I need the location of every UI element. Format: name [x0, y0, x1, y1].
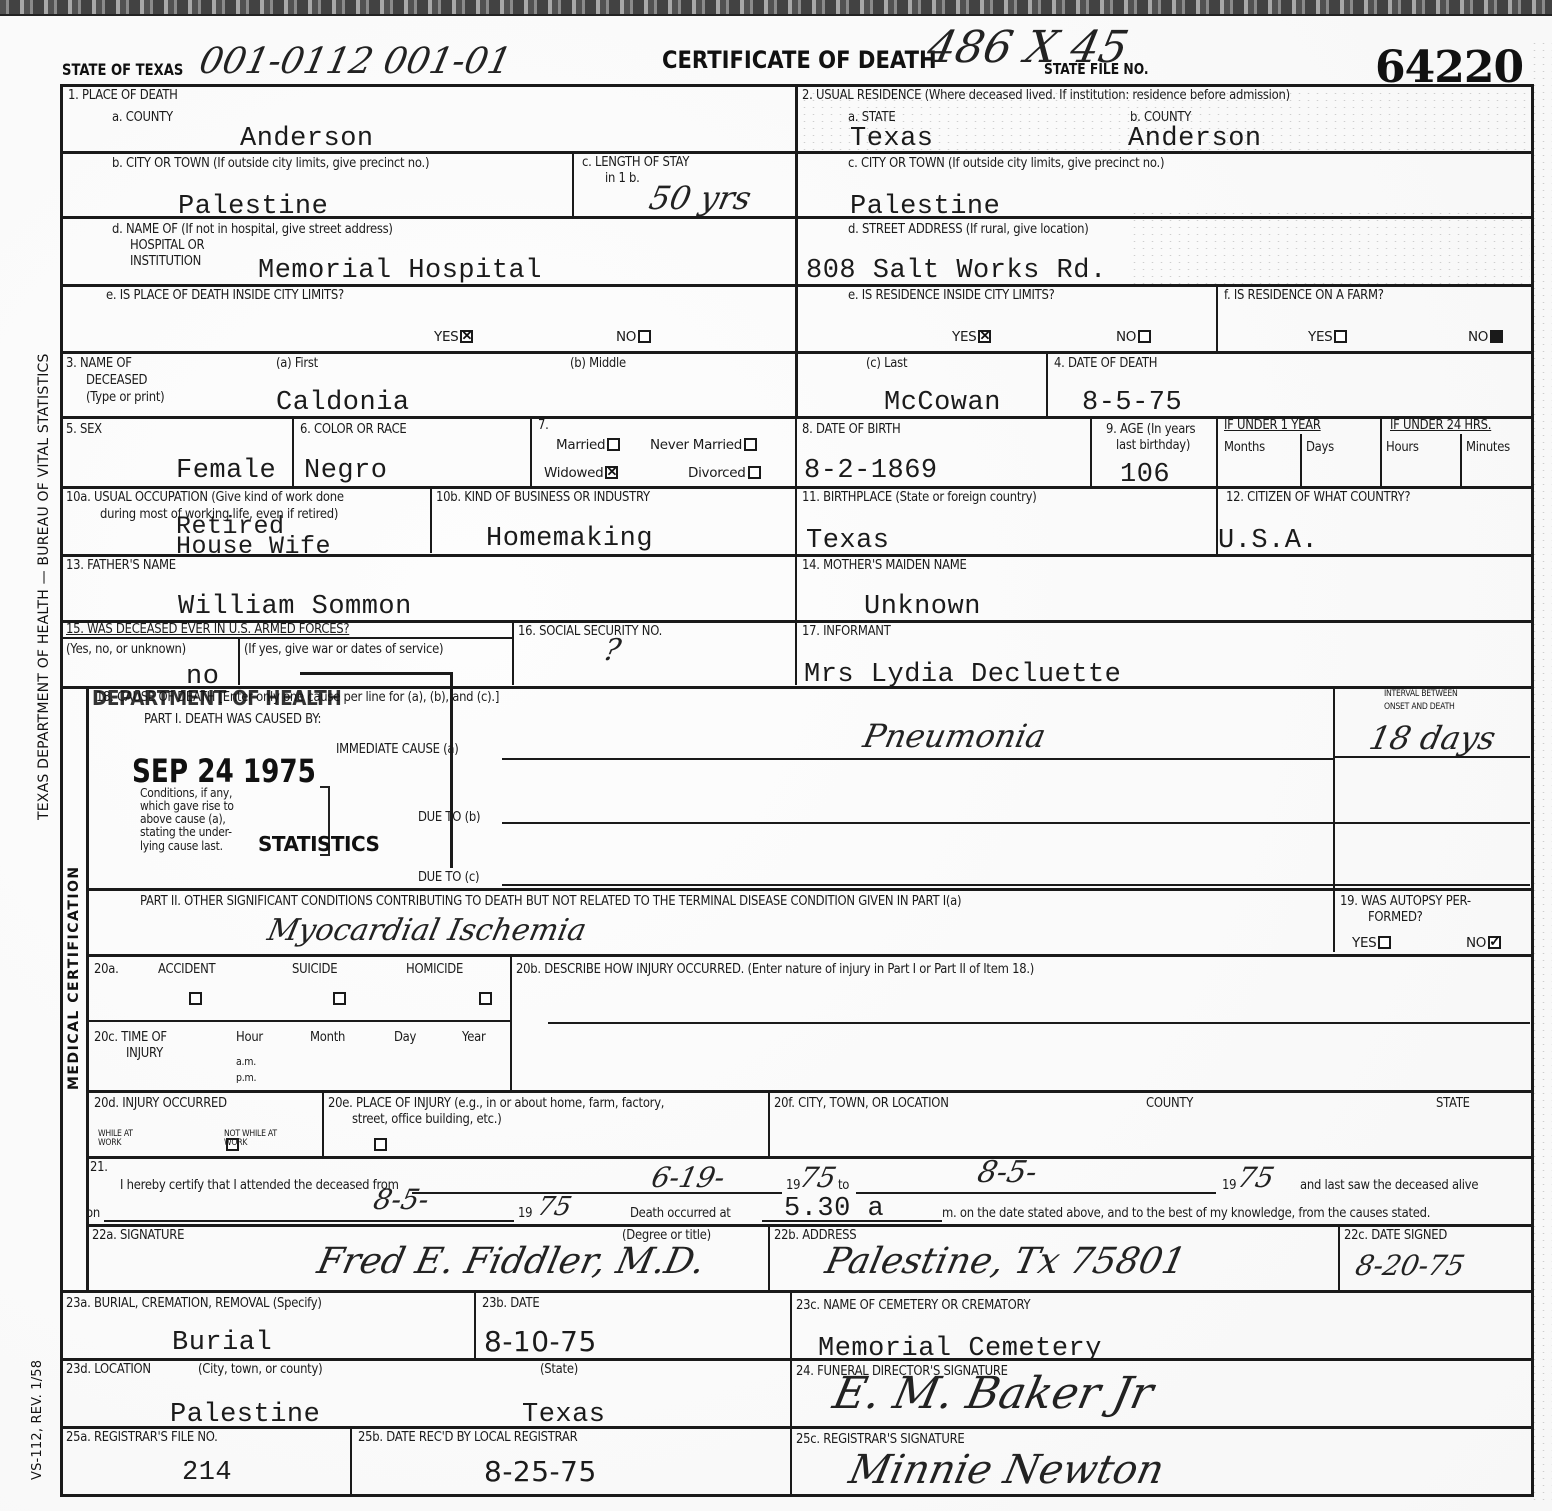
divorced-label: Divorced	[688, 465, 746, 481]
hour-label: Hour	[236, 1030, 263, 1044]
armed-sub-label-1: (Yes, no, or unknown)	[66, 642, 186, 656]
residence-state-label: a. STATE	[848, 110, 895, 124]
to-label: to	[838, 1178, 849, 1192]
stamp-border	[450, 672, 453, 868]
state-file-label: STATE FILE NO.	[1044, 60, 1149, 78]
burial-city-value: Palestine	[170, 1402, 320, 1429]
answer-line	[502, 758, 1334, 760]
marital-label: 7.	[538, 418, 549, 432]
at-work-label: WHILE AT WORK	[98, 1130, 150, 1149]
registrar-signature: Minnie Newton	[846, 1450, 1168, 1490]
checkbox-accident[interactable]	[189, 992, 202, 1005]
month-label: Month	[310, 1030, 345, 1044]
marital-widowed[interactable]: Widowed	[544, 464, 618, 482]
disposition-value: Burial	[172, 1330, 272, 1357]
interval-value: 18 days	[1367, 722, 1499, 754]
day-label: Day	[394, 1030, 416, 1044]
age-value: 106	[1120, 462, 1170, 489]
county-label: a. COUNTY	[112, 110, 173, 124]
certify-text-3: m. on the date stated above, and to the …	[942, 1206, 1430, 1220]
signature-label: 22a. SIGNATURE	[92, 1228, 184, 1242]
col-divider	[1300, 434, 1302, 487]
checkbox-never-married[interactable]	[744, 438, 757, 451]
place-of-injury-label: 20e. PLACE OF INJURY (e.g., in or about …	[328, 1096, 664, 1110]
death-occurred-label: Death occurred at	[630, 1206, 731, 1220]
physician-signature: Fred E. Fiddler, M.D.	[314, 1244, 708, 1280]
conditions-note: Conditions, if any, which gave rise to a…	[140, 786, 249, 852]
department-label: TEXAS DEPARTMENT OF HEALTH — BUREAU OF V…	[36, 353, 52, 820]
occupation-label: 10a. USUAL OCCUPATION (Give kind of work…	[66, 490, 344, 504]
sex-label: 5. SEX	[66, 422, 102, 436]
armed-forces-label: 15. WAS DECEASED EVER IN U.S. ARMED FORC…	[66, 622, 349, 636]
disposition-date-label: 23b. DATE	[482, 1296, 539, 1310]
ssn-label: 16. SOCIAL SECURITY NO.	[518, 624, 662, 638]
injury-type-label: 20a.	[94, 962, 119, 976]
row-divider	[62, 637, 512, 639]
col-divider	[1046, 352, 1048, 416]
col-divider	[292, 417, 294, 487]
attended-to-date: 8-5-	[975, 1158, 1040, 1188]
father-label: 13. FATHER'S NAME	[66, 558, 176, 572]
funeral-director-signature: E. M. Baker Jr	[829, 1372, 1156, 1416]
registrar-date-label: 25b. DATE REC'D BY LOCAL REGISTRAR	[358, 1430, 577, 1444]
disposition-date-value: 8-10-75	[484, 1328, 597, 1356]
certify-number: 21.	[90, 1160, 108, 1174]
last-name-label: (c) Last	[866, 356, 907, 370]
suicide-label: SUICIDE	[292, 962, 337, 976]
checkbox-no-filled[interactable]	[1490, 330, 1503, 343]
frame-right	[1531, 84, 1534, 1496]
checkbox-homicide[interactable]	[479, 992, 492, 1005]
medical-certification-label: MEDICAL CERTIFICATION	[66, 865, 82, 1090]
checkbox-yes[interactable]	[1378, 936, 1391, 949]
registrar-file-value: 214	[182, 1460, 232, 1487]
injury-state-label: STATE	[1436, 1096, 1470, 1110]
handwritten-code: 001-0112 001-01	[196, 44, 514, 80]
business-value: Homemaking	[486, 526, 653, 553]
under-day-label: IF UNDER 24 HRS.	[1390, 418, 1491, 432]
on-label: on	[86, 1206, 100, 1220]
no-label: NO	[616, 329, 636, 345]
stay-sub-label: in 1 b.	[605, 171, 640, 185]
farm-label: f. IS RESIDENCE ON A FARM?	[1224, 288, 1384, 302]
col-divider	[1460, 434, 1462, 487]
city-label: b. CITY OR TOWN (If outside city limits,…	[112, 156, 429, 170]
injury-county-label: COUNTY	[1146, 1096, 1193, 1110]
business-label: 10b. KIND OF BUSINESS OR INDUSTRY	[436, 490, 650, 504]
father-value: William Sommon	[178, 594, 412, 621]
registrar-signature-label: 25c. REGISTRAR'S SIGNATURE	[796, 1432, 964, 1446]
autopsy-no[interactable]: NO	[1466, 934, 1501, 952]
scan-edge	[0, 0, 1552, 14]
frame-left	[60, 84, 63, 1496]
row-divider	[795, 151, 1533, 154]
col-divider	[572, 152, 574, 216]
col-divider	[1216, 285, 1218, 351]
marital-married[interactable]: Married	[556, 436, 620, 454]
age-label: 9. AGE (In years	[1106, 422, 1195, 436]
name-label-3: (Type or print)	[86, 390, 164, 404]
stay-label: c. LENGTH OF STAY	[582, 155, 689, 169]
col-divider	[1333, 686, 1335, 952]
registrar-file-label: 25a. REGISTRAR'S FILE NO.	[66, 1430, 218, 1444]
death-certificate: STATE OF TEXAS 001-0112 001-01 CERTIFICA…	[0, 0, 1552, 1511]
last-seen-date: 8-5-	[371, 1186, 432, 1214]
row-divider	[88, 1156, 1533, 1159]
no-label: NO	[1116, 329, 1136, 345]
injury-location-label: 20f. CITY, TOWN, OR LOCATION	[774, 1096, 949, 1110]
time-of-injury-label: 20c. TIME OF	[94, 1030, 167, 1044]
am-label: a.m.	[236, 1056, 256, 1068]
under-year-label: IF UNDER 1 YEAR	[1224, 418, 1321, 432]
certificate-title: CERTIFICATE OF DEATH	[662, 46, 937, 74]
dob-value: 8-2-1869	[804, 458, 938, 485]
days-label: Days	[1306, 440, 1334, 454]
burial-state-label: (State)	[540, 1362, 578, 1376]
birthplace-label: 11. BIRTHPLACE (State or foreign country…	[802, 490, 1037, 504]
answer-line	[502, 884, 1530, 886]
race-label: 6. COLOR OR RACE	[300, 422, 407, 436]
last-seen-year-prefix: 19	[518, 1206, 532, 1220]
interval-label-2: ONSET AND DEATH	[1384, 703, 1455, 712]
row-divider	[62, 554, 1533, 557]
armed-sub-label-2: (If yes, give war or dates of service)	[244, 642, 443, 656]
date-of-death-value: 8-5-75	[1082, 390, 1182, 417]
row-divider	[62, 1426, 1533, 1429]
col-divider	[322, 1091, 324, 1157]
medical-inner-border	[86, 686, 89, 1292]
checkbox-not-at-work[interactable]	[374, 1138, 387, 1151]
attended-from-year: 75	[797, 1164, 839, 1192]
scan-edge-line	[0, 14, 1552, 16]
burial-location-label: 23d. LOCATION	[66, 1362, 151, 1376]
dob-label: 8. DATE OF BIRTH	[802, 422, 900, 436]
marital-divorced[interactable]: Divorced	[688, 464, 761, 482]
col-divider	[530, 417, 532, 487]
row-divider	[62, 351, 1533, 354]
date-signed-value: 8-20-75	[1353, 1252, 1467, 1280]
death-county-value: Anderson	[240, 126, 374, 153]
col-divider	[474, 1291, 476, 1359]
farm-yes[interactable]: YES	[1308, 328, 1347, 346]
col-divider	[510, 955, 512, 1091]
row-divider	[62, 216, 797, 219]
checkbox-married[interactable]	[607, 438, 620, 451]
inside-limits-label: e. IS PLACE OF DEATH INSIDE CITY LIMITS?	[106, 288, 344, 302]
homicide-label: HOMICIDE	[406, 962, 463, 976]
due-to-c-label: DUE TO (c)	[418, 870, 479, 884]
citizen-value: U.S.A.	[1218, 528, 1318, 555]
autopsy-yes[interactable]: YES	[1352, 934, 1391, 952]
middle-name-label: (b) Middle	[570, 356, 626, 370]
inside-limits-yes[interactable]: YES	[434, 328, 473, 346]
col-divider	[790, 1291, 792, 1495]
checkbox-divorced[interactable]	[748, 466, 761, 479]
col-divider	[430, 487, 432, 553]
residence-county-value: Anderson	[1128, 126, 1262, 153]
answer-line	[412, 1192, 782, 1194]
yes-label: YES	[1352, 935, 1376, 951]
residence-inside-yes[interactable]: YES	[952, 328, 991, 346]
time-of-injury-label-2: INJURY	[126, 1046, 163, 1060]
marital-never-married[interactable]: Never Married	[650, 436, 757, 454]
place-of-death-label: 1. PLACE OF DEATH	[68, 88, 178, 102]
first-name-label: (a) First	[276, 356, 318, 370]
hospital-label-3: INSTITUTION	[130, 254, 201, 268]
attended-from-date: 6-19-	[649, 1164, 727, 1192]
months-label: Months	[1224, 440, 1265, 454]
row-divider	[88, 1020, 510, 1022]
name-label: 3. NAME OF	[66, 356, 132, 370]
row-divider	[88, 954, 1533, 957]
accident-label: ACCIDENT	[158, 962, 215, 976]
yes-label: YES	[1308, 329, 1332, 345]
col-divider	[512, 621, 514, 685]
physician-address: Palestine, Tx 75801	[822, 1244, 1189, 1280]
answer-line	[856, 1192, 1216, 1194]
age-label-2: last birthday)	[1116, 438, 1190, 452]
certify-text-2: and last saw the deceased alive	[1300, 1178, 1478, 1192]
sex-value: Female	[176, 458, 276, 485]
form-revision: VS-112, REV. 1/58	[30, 1360, 45, 1480]
no-label: NO	[1468, 329, 1488, 345]
inside-limits-no[interactable]: NO	[616, 328, 651, 346]
checkbox-yes-checked[interactable]	[460, 330, 473, 343]
autopsy-label-2: FORMED?	[1368, 910, 1423, 924]
yes-label: YES	[952, 329, 976, 345]
row-divider	[88, 888, 1533, 891]
residence-state-value: Texas	[850, 126, 934, 153]
hospital-label: d. NAME OF (If not in hospital, give str…	[112, 222, 393, 236]
to-year-prefix: 19	[1222, 1178, 1236, 1192]
not-at-work-label: NOT WHILE AT WORK	[224, 1130, 284, 1149]
checkbox-suicide[interactable]	[333, 992, 346, 1005]
attended-to-year: 75	[1235, 1164, 1277, 1192]
yes-label: YES	[434, 329, 458, 345]
street-label: d. STREET ADDRESS (If rural, give locati…	[848, 222, 1089, 236]
stamp-statistics: STATISTICS	[258, 832, 379, 856]
informant-label: 17. INFORMANT	[802, 624, 891, 638]
death-time-value: 5.30 a	[784, 1196, 884, 1223]
mother-label: 14. MOTHER'S MAIDEN NAME	[802, 558, 967, 572]
col-divider	[238, 637, 240, 685]
col-divider	[1380, 417, 1382, 487]
checkbox-no[interactable]	[638, 330, 651, 343]
hospital-label-2: HOSPITAL OR	[130, 238, 204, 252]
hospital-value: Memorial Hospital	[258, 258, 542, 285]
describe-injury-label: 20b. DESCRIBE HOW INJURY OCCURRED. (Ente…	[516, 962, 1034, 976]
frame-bottom	[60, 1494, 1534, 1497]
ssn-value: ?	[601, 636, 623, 666]
place-of-injury-label-2: street, office building, etc.)	[352, 1112, 502, 1126]
year-label: Year	[462, 1030, 486, 1044]
residence-inside-limits-label: e. IS RESIDENCE INSIDE CITY LIMITS?	[848, 288, 1055, 302]
interval-label: INTERVAL BETWEEN	[1384, 690, 1458, 699]
burial-state-value: Texas	[522, 1402, 606, 1429]
scan-noise	[1130, 210, 1530, 290]
state-label: STATE OF TEXAS	[62, 60, 183, 79]
row-divider	[88, 1090, 1533, 1093]
cemetery-label: 23c. NAME OF CEMETERY OR CREMATORY	[796, 1298, 1030, 1312]
residence-inside-no[interactable]: NO	[1116, 328, 1151, 346]
married-label: Married	[556, 437, 605, 453]
col-divider	[1338, 1225, 1340, 1291]
answer-line	[1334, 756, 1530, 758]
part1-label: PART I. DEATH WAS CAUSED BY:	[144, 712, 321, 726]
stamp-department: DEPARTMENT OF HEALTH	[92, 686, 341, 710]
race-value: Negro	[304, 458, 388, 485]
row-divider	[795, 216, 1533, 219]
last-name-value: McCowan	[884, 390, 1001, 417]
first-name-value: Caldonia	[276, 390, 410, 417]
last-seen-year: 75	[535, 1194, 574, 1220]
checkbox-yes[interactable]	[1334, 330, 1347, 343]
residence-city-label: c. CITY OR TOWN (If outside city limits,…	[848, 156, 1164, 170]
informant-value: Mrs Lydia Decluette	[804, 662, 1121, 689]
note-line: lying cause last.	[140, 839, 234, 852]
immediate-cause-value: Pneumonia	[861, 720, 1049, 752]
part2-label: PART II. OTHER SIGNIFICANT CONDITIONS CO…	[140, 894, 961, 908]
stay-value: 50 yrs	[647, 182, 754, 214]
row-divider	[62, 1290, 1533, 1293]
birthplace-value: Texas	[806, 528, 890, 555]
part2-value: Myocardial Ischemia	[265, 916, 589, 946]
widowed-label: Widowed	[544, 465, 603, 481]
citizen-label: 12. CITIZEN OF WHAT COUNTRY?	[1226, 490, 1410, 504]
no-label: NO	[1466, 935, 1486, 951]
date-signed-label: 22c. DATE SIGNED	[1344, 1228, 1447, 1242]
answer-line	[548, 1022, 1530, 1024]
name-label-2: DECEASED	[86, 373, 147, 387]
pm-label: p.m.	[236, 1072, 256, 1084]
divider-center	[795, 84, 798, 416]
checkbox-no[interactable]	[1138, 330, 1151, 343]
answer-line	[104, 1220, 514, 1222]
minutes-label: Minutes	[1466, 440, 1510, 454]
residence-label: 2. USUAL RESIDENCE (Where deceased lived…	[802, 88, 1290, 102]
stamp-date: SEP 24 1975	[132, 752, 316, 790]
injury-occurred-label: 20d. INJURY OCCURRED	[94, 1096, 227, 1110]
burial-location-sub: (City, town, or county)	[198, 1362, 322, 1376]
checkbox-yes-checked[interactable]	[978, 330, 991, 343]
col-divider	[768, 1225, 770, 1291]
certify-text-1: I hereby certify that I attended the dec…	[120, 1178, 399, 1192]
mother-value: Unknown	[864, 594, 981, 621]
answer-line	[502, 822, 1530, 824]
checkbox-widowed-checked[interactable]	[605, 466, 618, 479]
checkbox-no-ticked[interactable]	[1488, 936, 1501, 949]
disposition-label: 23a. BURIAL, CREMATION, REMOVAL (Specify…	[66, 1296, 322, 1310]
residence-county-label: b. COUNTY	[1130, 110, 1191, 124]
col-divider	[768, 1091, 770, 1157]
street-value: 808 Salt Works Rd.	[806, 258, 1107, 285]
registrar-date-value: 8-25-75	[484, 1458, 597, 1486]
autopsy-label: 19. WAS AUTOPSY PER-	[1340, 894, 1471, 908]
farm-no[interactable]: NO	[1468, 328, 1503, 346]
col-divider	[1090, 417, 1092, 487]
date-of-death-label: 4. DATE OF DEATH	[1054, 356, 1157, 370]
never-married-label: Never Married	[650, 437, 742, 453]
hours-label: Hours	[1386, 440, 1419, 454]
immediate-cause-label: IMMEDIATE CAUSE (a)	[336, 742, 459, 756]
col-divider	[350, 1427, 352, 1495]
stamp-border	[300, 672, 450, 675]
